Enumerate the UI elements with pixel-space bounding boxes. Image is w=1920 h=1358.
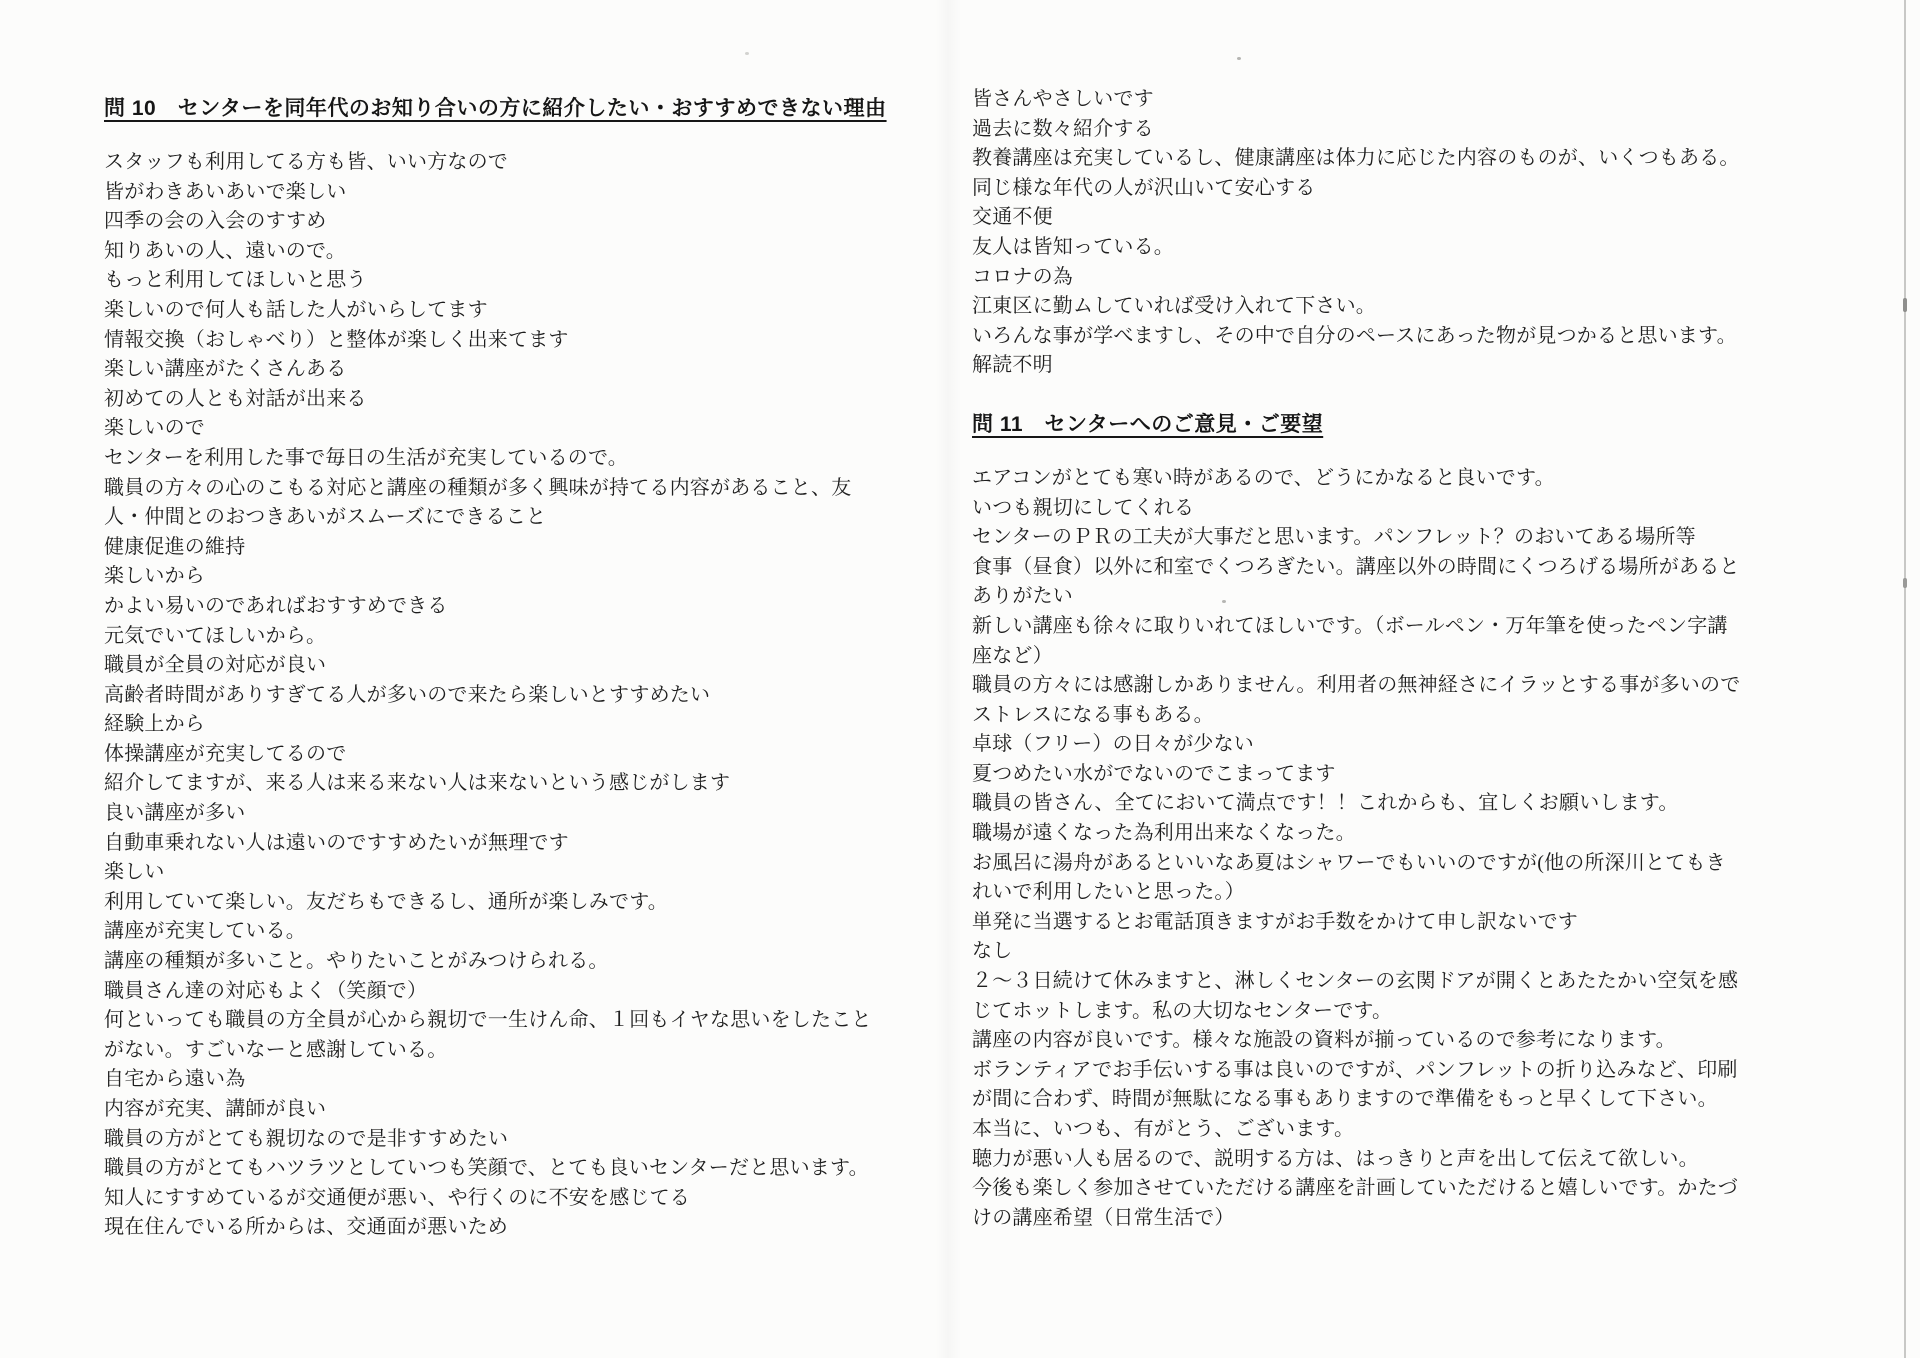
response-line: 何といっても職員の方全員が心から親切で一生けん命、１回もイヤな思いをしたこと (104, 1006, 904, 1036)
response-line: 今後も楽しく参加させていただける講座を計画していただけると嬉しいです。かたづ (972, 1174, 1902, 1204)
response-line: 教養講座は充実しているし、健康講座は体力に応じた内容のものが、いくつもある。 (972, 144, 1902, 174)
response-line: がない。すごいなーと感謝している。 (104, 1036, 904, 1066)
response-line: 情報交換（おしゃべり）と整体が楽しく出来てます (104, 326, 904, 356)
question10-responses-right: 皆さんやさしいです過去に数々紹介する教養講座は充実しているし、健康講座は体力に応… (972, 85, 1902, 381)
response-line: 職員の方がとてもハツラツとしていつも笑顔で、とても良いセンターだと思います。 (104, 1154, 904, 1184)
response-line: 良い講座が多い (104, 799, 904, 829)
question10-heading: 問 10 センターを同年代のお知り合いの方に紹介したい・おすすめできない理由 (104, 96, 904, 122)
response-line: 職員の皆さん、全てにおいて満点です！！これからも、宜しくお願いします。 (972, 789, 1902, 819)
response-line: 利用していて楽しい。友だちもできるし、通所が楽しみです。 (104, 888, 904, 918)
response-line: 紹介してますが、来る人は来る来ない人は来ないという感じがします (104, 769, 904, 799)
response-line: 講座の内容が良いです。様々な施設の資料が揃っているので参考になります。 (972, 1026, 1902, 1056)
response-line: じてホットします。私の大切なセンターです。 (972, 997, 1902, 1027)
response-line: けの講座希望（日常生活で） (972, 1204, 1902, 1234)
response-line: 四季の会の入会のすすめ (104, 207, 904, 237)
response-line: 友人は皆知っている。 (972, 233, 1902, 263)
response-line: 元気でいてほしいから。 (104, 622, 904, 652)
response-line: 現在住んでいる所からは、交通面が悪いため (104, 1213, 904, 1243)
response-line: 講座が充実している。 (104, 917, 904, 947)
response-line: 江東区に勤ムしていれば受け入れて下さい。 (972, 292, 1902, 322)
response-line: 職場が遠くなった為利用出来なくなった。 (972, 819, 1902, 849)
response-line: ボランティアでお手伝いする事は良いのですが、パンフレットの折り込みなど、印刷 (972, 1056, 1902, 1086)
response-line: 自宅から遠い為 (104, 1065, 904, 1095)
response-line: 楽しい講座がたくさんある (104, 355, 904, 385)
response-line: 初めての人とも対話が出来る (104, 385, 904, 415)
response-line: 楽しい (104, 858, 904, 888)
response-line: 座など） (972, 642, 1902, 672)
response-line: 講座の種類が多いこと。やりたいことがみつけられる。 (104, 947, 904, 977)
scan-speck (1222, 600, 1226, 603)
response-line: かよい易いのであればおすすめできる (104, 592, 904, 622)
response-line: 楽しいから (104, 562, 904, 592)
question10-responses-left: スタッフも利用してる方も皆、いい方なので皆がわきあいあいで楽しい四季の会の入会の… (104, 148, 904, 1243)
right-page-section: 皆さんやさしいです過去に数々紹介する教養講座は充実しているし、健康講座は体力に応… (972, 0, 1902, 1233)
response-line: 職員さん達の対応もよく（笑顔で） (104, 977, 904, 1007)
response-line: いろんな事が学べますし、その中で自分のペースにあった物が見つかると思います。 (972, 322, 1902, 352)
response-line: お風呂に湯舟があるといいなあ夏はシャワーでもいいのですが(他の所深川とてもき (972, 849, 1902, 879)
response-line: エアコンがとても寒い時があるので、どうにかなると良いです。 (972, 464, 1902, 494)
response-line: 新しい講座も徐々に取りいれてほしいです。（ボールペン・万年筆を使ったペン字講 (972, 612, 1902, 642)
question11-responses: エアコンがとても寒い時があるので、どうにかなると良いです。いつも親切にしてくれる… (972, 464, 1902, 1233)
response-line: ありがたい (972, 582, 1902, 612)
response-line: コロナの為 (972, 263, 1902, 293)
response-line: れいで利用したいと思った。） (972, 878, 1902, 908)
response-line: いつも親切にしてくれる (972, 494, 1902, 524)
response-line: 夏つめたい水がでないのでこまってます (972, 760, 1902, 790)
response-line: 知人にすすめているが交通便が悪い、や行くのに不安を感じてる (104, 1184, 904, 1214)
page-gutter-shadow (935, 0, 961, 1358)
response-line: 健康促進の維持 (104, 533, 904, 563)
response-line: 職員の方々の心のこもる対応と講座の種類が多く興味が持てる内容があること、友 (104, 474, 904, 504)
scan-speck (745, 52, 749, 55)
response-line: 皆さんやさしいです (972, 85, 1902, 115)
response-line: 楽しいので (104, 414, 904, 444)
question11-heading: 問 11 センターへのご意見・ご要望 (972, 412, 1902, 438)
response-line: 自動車乗れない人は遠いのですすめたいが無理です (104, 829, 904, 859)
response-line: 卓球（フリー）の日々が少ない (972, 730, 1902, 760)
response-line: ２～３日続けて休みますと、淋しくセンターの玄関ドアが開くとあたたかい空気を感 (972, 967, 1902, 997)
response-line: 内容が充実、講師が良い (104, 1095, 904, 1125)
question10-section: 問 10 センターを同年代のお知り合いの方に紹介したい・おすすめできない理由 ス… (104, 0, 904, 1243)
scanned-survey-page: 問 10 センターを同年代のお知り合いの方に紹介したい・おすすめできない理由 ス… (0, 0, 1920, 1358)
response-line: 過去に数々紹介する (972, 115, 1902, 145)
response-line: 人・仲間とのおつきあいがスムーズにできること (104, 503, 904, 533)
response-line: 職員が全員の対応が良い (104, 651, 904, 681)
response-line: 体操講座が充実してるので (104, 740, 904, 770)
response-line: 本当に、いつも、有がとう、ございます。 (972, 1115, 1902, 1145)
response-line: センターを利用した事で毎日の生活が充実しているので。 (104, 444, 904, 474)
response-line: 食事（昼食）以外に和室でくつろぎたい。講座以外の時間にくつろげる場所があると (972, 553, 1902, 583)
response-line: スタッフも利用してる方も皆、いい方なので (104, 148, 904, 178)
response-line: 経験上から (104, 710, 904, 740)
scan-artifact (1903, 578, 1907, 588)
response-line: 高齢者時間がありすぎてる人が多いので来たら楽しいとすすめたい (104, 681, 904, 711)
response-line: なし (972, 937, 1902, 967)
response-line: 知りあいの人、遠いので。 (104, 237, 904, 267)
response-line: 皆がわきあいあいで楽しい (104, 178, 904, 208)
response-line: 楽しいので何人も話した人がいらしてます (104, 296, 904, 326)
scan-artifact (1903, 298, 1907, 312)
response-line: もっと利用してほしいと思う (104, 266, 904, 296)
response-line: 交通不便 (972, 203, 1902, 233)
response-line: ストレスになる事もある。 (972, 701, 1902, 731)
response-line: 職員の方がとても親切なので是非すすめたい (104, 1125, 904, 1155)
scan-speck (1237, 57, 1241, 60)
response-line: センターのＰＲの工夫が大事だと思います。パンフレット？のおいてある場所等 (972, 523, 1902, 553)
scan-edge-line (1904, 0, 1906, 1358)
response-line: が間に合わず、時間が無駄になる事もありますので準備をもっと早くして下さい。 (972, 1085, 1902, 1115)
response-line: 単発に当選するとお電話頂きますがお手数をかけて申し訳ないです (972, 908, 1902, 938)
response-line: 職員の方々には感謝しかありません。利用者の無神経さにイラッとする事が多いので (972, 671, 1902, 701)
response-line: 解読不明 (972, 351, 1902, 381)
response-line: 聴力が悪い人も居るので、説明する方は、はっきりと声を出して伝えて欲しい。 (972, 1145, 1902, 1175)
response-line: 同じ様な年代の人が沢山いて安心する (972, 174, 1902, 204)
